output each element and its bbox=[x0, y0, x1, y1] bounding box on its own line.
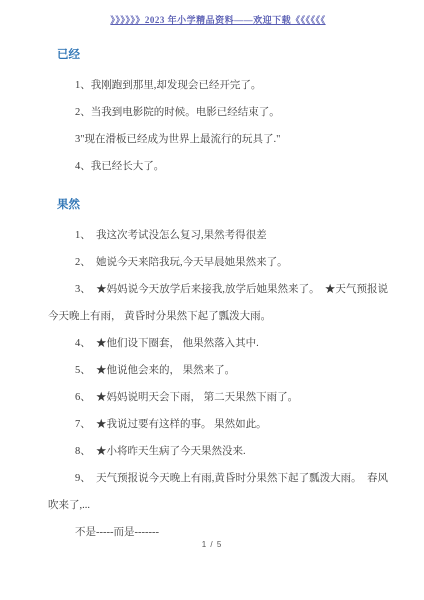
page-number: 1 / 5 bbox=[0, 540, 424, 549]
section-yijing: 已经 1、我刚跑到那里,却发现会已经开完了。 2、当我到电影院的时候。电影已经结… bbox=[48, 47, 388, 180]
section-heading-guoran: 果然 bbox=[57, 197, 388, 213]
doc-header-link[interactable]: 》》》》》》2023 年小学精品资料——欢迎下载《《《《《《 bbox=[48, 14, 388, 27]
list-item: 4、我已经长大了。 bbox=[48, 153, 388, 180]
list-item: 1、我刚跑到那里,却发现会已经开完了。 bbox=[48, 72, 388, 99]
list-item: 4、 ★他们设下圈套， 他果然落入其中. bbox=[48, 330, 388, 357]
list-item: 2、 她说今天来陪我玩,今天早晨她果然来了。 bbox=[48, 249, 388, 276]
document-page: 》》》》》》2023 年小学精品资料——欢迎下载《《《《《《 已经 1、我刚跑到… bbox=[0, 0, 424, 600]
list-item: 3"现在滑板已经成为世界上最流行的玩具了." bbox=[48, 126, 388, 153]
list-item: 7、 ★我说过要有这样的事。 果然如此。 bbox=[48, 411, 388, 438]
section-heading-yijing: 已经 bbox=[57, 47, 388, 63]
list-item: 5、 ★他说他会来的， 果然来了。 bbox=[48, 357, 388, 384]
list-item: 9、 天气预报说今天晚上有雨,黄昏时分果然下起了瓢泼大雨。 春风吹来了,... bbox=[48, 465, 388, 519]
list-item: 6、 ★妈妈说明天会下雨， 第二天果然下雨了。 bbox=[48, 384, 388, 411]
list-item: 1、 我这次考试没怎么复习,果然考得很差 bbox=[48, 222, 388, 249]
list-item: 3、 ★妈妈说今天放学后来接我,放学后她果然来了。 ★天气预报说今天晚上有雨， … bbox=[48, 276, 388, 330]
section-guoran: 果然 1、 我这次考试没怎么复习,果然考得很差 2、 她说今天来陪我玩,今天早晨… bbox=[48, 197, 388, 546]
list-item: 8、 ★小将昨天生病了今天果然没来. bbox=[48, 438, 388, 465]
list-item: 2、当我到电影院的时候。电影已经结束了。 bbox=[48, 99, 388, 126]
